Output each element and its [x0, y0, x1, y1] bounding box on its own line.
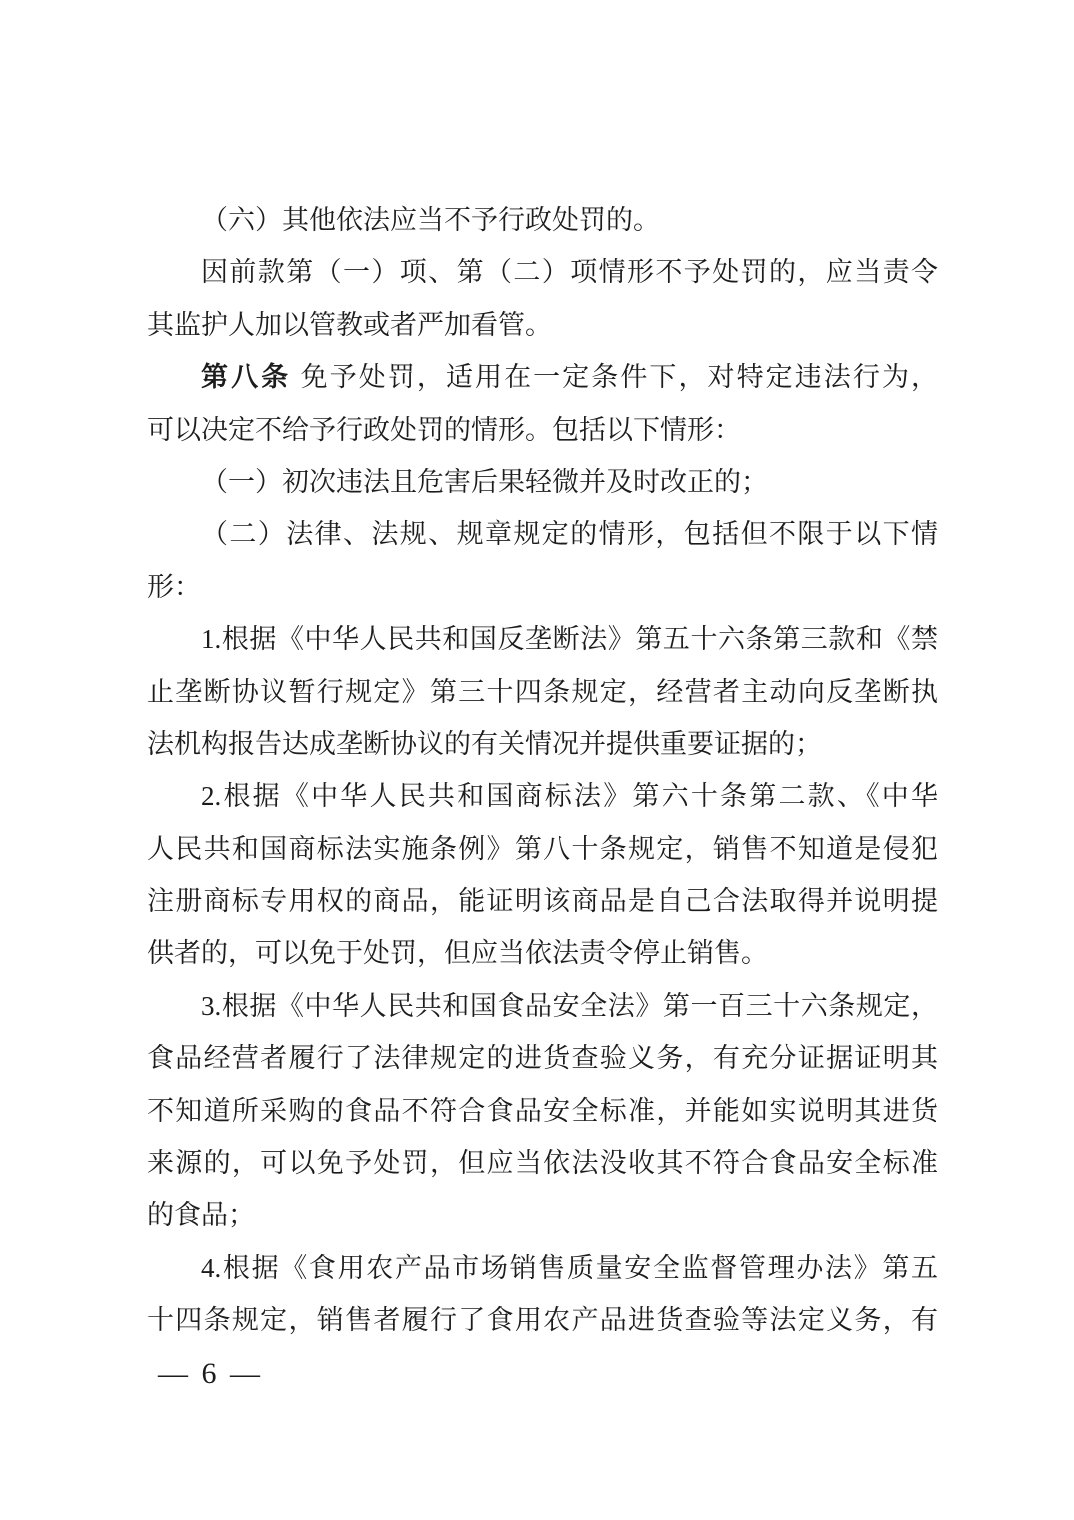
text-line: 注册商标专用权的商品，能证明该商品是自己合法取得并说明提 [147, 875, 938, 927]
text-line: 不知道所采购的食品不符合食品安全标准，并能如实说明其进货 [147, 1085, 938, 1137]
text-line: 食品经营者履行了法律规定的进货查验义务，有充分证据证明其 [147, 1032, 938, 1084]
text-line: （六）其他依法应当不予行政处罚的。 [147, 194, 938, 246]
text-line: 人民共和国商标法实施条例》第八十条规定，销售不知道是侵犯 [147, 823, 938, 875]
text-line: 十四条规定，销售者履行了食用农产品进货查验等法定义务，有 [147, 1294, 938, 1346]
text-line: 止垄断协议暂行规定》第三十四条规定，经营者主动向反垄断执 [147, 666, 938, 718]
paragraph: 因前款第（一）项、第（二）项情形不予处罚的，应当责令其监护人加以管教或者严加看管… [147, 246, 938, 351]
text-line: 供者的，可以免于处罚，但应当依法责令停止销售。 [147, 927, 938, 979]
text-line: 来源的，可以免予处罚，但应当依法没收其不符合食品安全标准 [147, 1137, 938, 1189]
paragraph: （一）初次违法且危害后果轻微并及时改正的； [147, 456, 938, 508]
paragraph: 第八条免予处罚，适用在一定条件下，对特定违法行为，可以决定不给予行政处罚的情形。… [147, 351, 938, 456]
article-number-bold: 第八条 [201, 362, 291, 392]
text-line: 可以决定不给予行政处罚的情形。包括以下情形： [147, 404, 938, 456]
text-line: 2.根据《中华人民共和国商标法》第六十条第二款、《中华 [147, 770, 938, 822]
text-line: 第八条免予处罚，适用在一定条件下，对特定违法行为， [147, 351, 938, 403]
document-page: （六）其他依法应当不予行政处罚的。因前款第（一）项、第（二）项情形不予处罚的，应… [0, 0, 1074, 1520]
page-footer: — 6 — [158, 1352, 263, 1396]
text-line: 3.根据《中华人民共和国食品安全法》第一百三十六条规定， [147, 980, 938, 1032]
document-body: （六）其他依法应当不予行政处罚的。因前款第（一）项、第（二）项情形不予处罚的，应… [147, 194, 938, 1347]
paragraph: （六）其他依法应当不予行政处罚的。 [147, 194, 938, 246]
paragraph: （二）法律、法规、规章规定的情形，包括但不限于以下情形： [147, 508, 938, 613]
paragraph: 1.根据《中华人民共和国反垄断法》第五十六条第三款和《禁止垄断协议暂行规定》第三… [147, 613, 938, 770]
paragraph: 3.根据《中华人民共和国食品安全法》第一百三十六条规定，食品经营者履行了法律规定… [147, 980, 938, 1242]
text-line: （一）初次违法且危害后果轻微并及时改正的； [147, 456, 938, 508]
page-number: — 6 — [158, 1357, 263, 1391]
paragraph: 2.根据《中华人民共和国商标法》第六十条第二款、《中华人民共和国商标法实施条例》… [147, 770, 938, 980]
text-line: 4.根据《食用农产品市场销售质量安全监督管理办法》第五 [147, 1242, 938, 1294]
text-line: 的食品； [147, 1189, 938, 1241]
text-line: 因前款第（一）项、第（二）项情形不予处罚的，应当责令 [147, 246, 938, 298]
text-line: 1.根据《中华人民共和国反垄断法》第五十六条第三款和《禁 [147, 613, 938, 665]
text-line: 法机构报告达成垄断协议的有关情况并提供重要证据的； [147, 718, 938, 770]
text-line: 其监护人加以管教或者严加看管。 [147, 299, 938, 351]
text-line: 形： [147, 561, 938, 613]
text-line: （二）法律、法规、规章规定的情形，包括但不限于以下情 [147, 508, 938, 560]
paragraph: 4.根据《食用农产品市场销售质量安全监督管理办法》第五十四条规定，销售者履行了食… [147, 1242, 938, 1347]
